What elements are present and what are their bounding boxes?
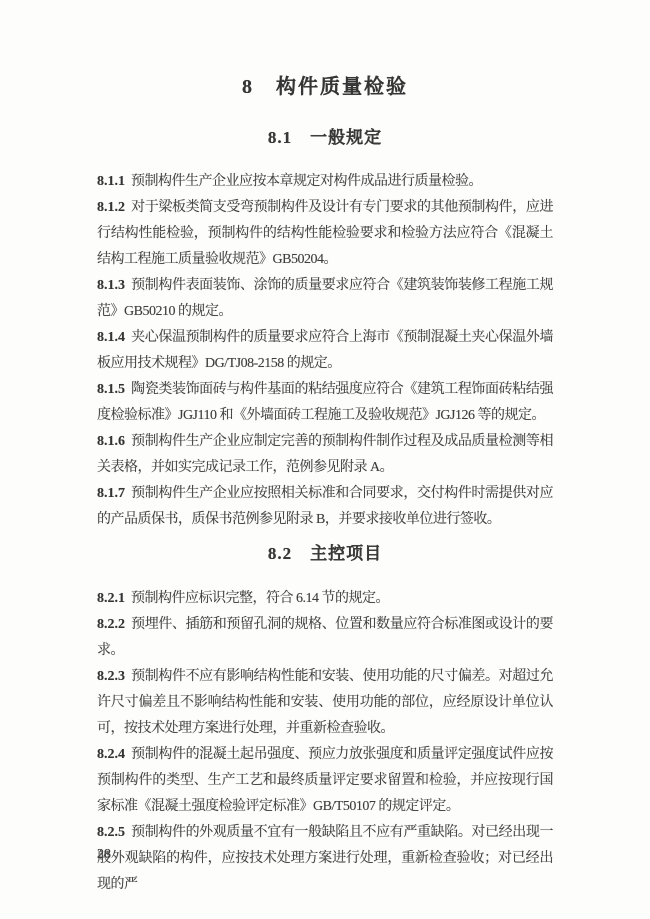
section-heading-8-2: 8.2 主控项目 (97, 545, 553, 563)
clause-8-1-4: 8.1.4夹心保温预制构件的质量要求应符合上海市《预制混凝土夹心保温外墙板应用技… (97, 325, 553, 377)
clause-text: 预制构件生产企业应按照相关标准和合同要求，交付构件时需提供对应的产品质保书，质保… (97, 486, 553, 527)
clause-8-2-3: 8.2.3预制构件不应有影响结构性能和安装、使用功能的尺寸偏差。对超过允许尺寸偏… (97, 664, 553, 742)
clause-number: 8.1.3 (97, 278, 125, 293)
scanned-document-page: 8 构件质量检验 8.1 一般规定 8.1.1预制构件生产企业应按本章规定对构件… (0, 0, 650, 919)
clause-text: 陶瓷类装饰面砖与构件基面的粘结强度应符合《建筑工程饰面砖粘结强度检验标准》JGJ… (97, 382, 553, 423)
clause-number: 8.1.5 (97, 382, 125, 397)
clause-8-1-6: 8.1.6预制构件生产企业应制定完善的预制构件制作过程及成品质量检测等相关表格，… (97, 429, 553, 481)
chapter-title: 8 构件质量检验 (97, 76, 553, 98)
clause-text: 预制构件生产企业应按本章规定对构件成品进行质量检验。 (131, 174, 482, 189)
clause-number: 8.2.4 (97, 747, 125, 762)
clause-text: 预制构件应标识完整，符合 6.14 节的规定。 (131, 591, 389, 606)
clause-text: 夹心保温预制构件的质量要求应符合上海市《预制混凝土夹心保温外墙板应用技术规程》D… (97, 330, 553, 371)
clause-number: 8.1.7 (97, 486, 125, 501)
clause-number: 8.2.5 (97, 825, 125, 840)
clause-8-2-4: 8.2.4预制构件的混凝土起吊强度、预应力放张强度和质量评定强度试件应按预制构件… (97, 742, 553, 820)
clause-text: 预制构件表面装饰、涂饰的质量要求应符合《建筑装饰装修工程施工规范》GB50210… (97, 278, 553, 319)
clause-8-2-1: 8.2.1预制构件应标识完整，符合 6.14 节的规定。 (97, 586, 553, 612)
clause-8-1-1: 8.1.1预制构件生产企业应按本章规定对构件成品进行质量检验。 (97, 169, 553, 195)
clause-number: 8.1.4 (97, 330, 125, 345)
clause-number: 8.2.3 (97, 669, 125, 684)
clause-number: 8.1.2 (97, 200, 125, 215)
clause-text: 对于梁板类简支受弯预制构件及设计有专门要求的其他预制构件，应进行结构性能检验，预… (97, 200, 553, 267)
clause-text: 预制构件的外观质量不宜有一般缺陷且不应有严重缺陷。对已经出现一般外观缺陷的构件，… (97, 825, 553, 892)
clause-8-2-5: 8.2.5预制构件的外观质量不宜有一般缺陷且不应有严重缺陷。对已经出现一般外观缺… (97, 820, 553, 898)
clause-8-2-2: 8.2.2预埋件、插筋和预留孔洞的规格、位置和数量应符合标准图或设计的要求。 (97, 612, 553, 664)
clause-8-1-2: 8.1.2对于梁板类简支受弯预制构件及设计有专门要求的其他预制构件，应进行结构性… (97, 195, 553, 273)
clause-8-1-3: 8.1.3预制构件表面装饰、涂饰的质量要求应符合《建筑装饰装修工程施工规范》GB… (97, 273, 553, 325)
clause-8-1-7: 8.1.7预制构件生产企业应按照相关标准和合同要求，交付构件时需提供对应的产品质… (97, 481, 553, 533)
clause-text: 预埋件、插筋和预留孔洞的规格、位置和数量应符合标准图或设计的要求。 (97, 617, 553, 658)
clause-number: 8.1.1 (97, 174, 125, 189)
page-content: 8 构件质量检验 8.1 一般规定 8.1.1预制构件生产企业应按本章规定对构件… (0, 0, 650, 898)
clause-text: 预制构件不应有影响结构性能和安装、使用功能的尺寸偏差。对超过允许尺寸偏差且不影响… (97, 669, 553, 736)
clause-number: 8.1.6 (97, 434, 125, 449)
clause-number: 8.2.1 (97, 591, 125, 606)
clause-text: 预制构件的混凝土起吊强度、预应力放张强度和质量评定强度试件应按预制构件的类型、生… (97, 747, 553, 814)
page-number: 28 (97, 847, 111, 863)
clause-8-1-5: 8.1.5陶瓷类装饰面砖与构件基面的粘结强度应符合《建筑工程饰面砖粘结强度检验标… (97, 377, 553, 429)
clause-number: 8.2.2 (97, 617, 125, 632)
section-heading-8-1: 8.1 一般规定 (97, 129, 553, 147)
clause-text: 预制构件生产企业应制定完善的预制构件制作过程及成品质量检测等相关表格，并如实完成… (97, 434, 553, 475)
